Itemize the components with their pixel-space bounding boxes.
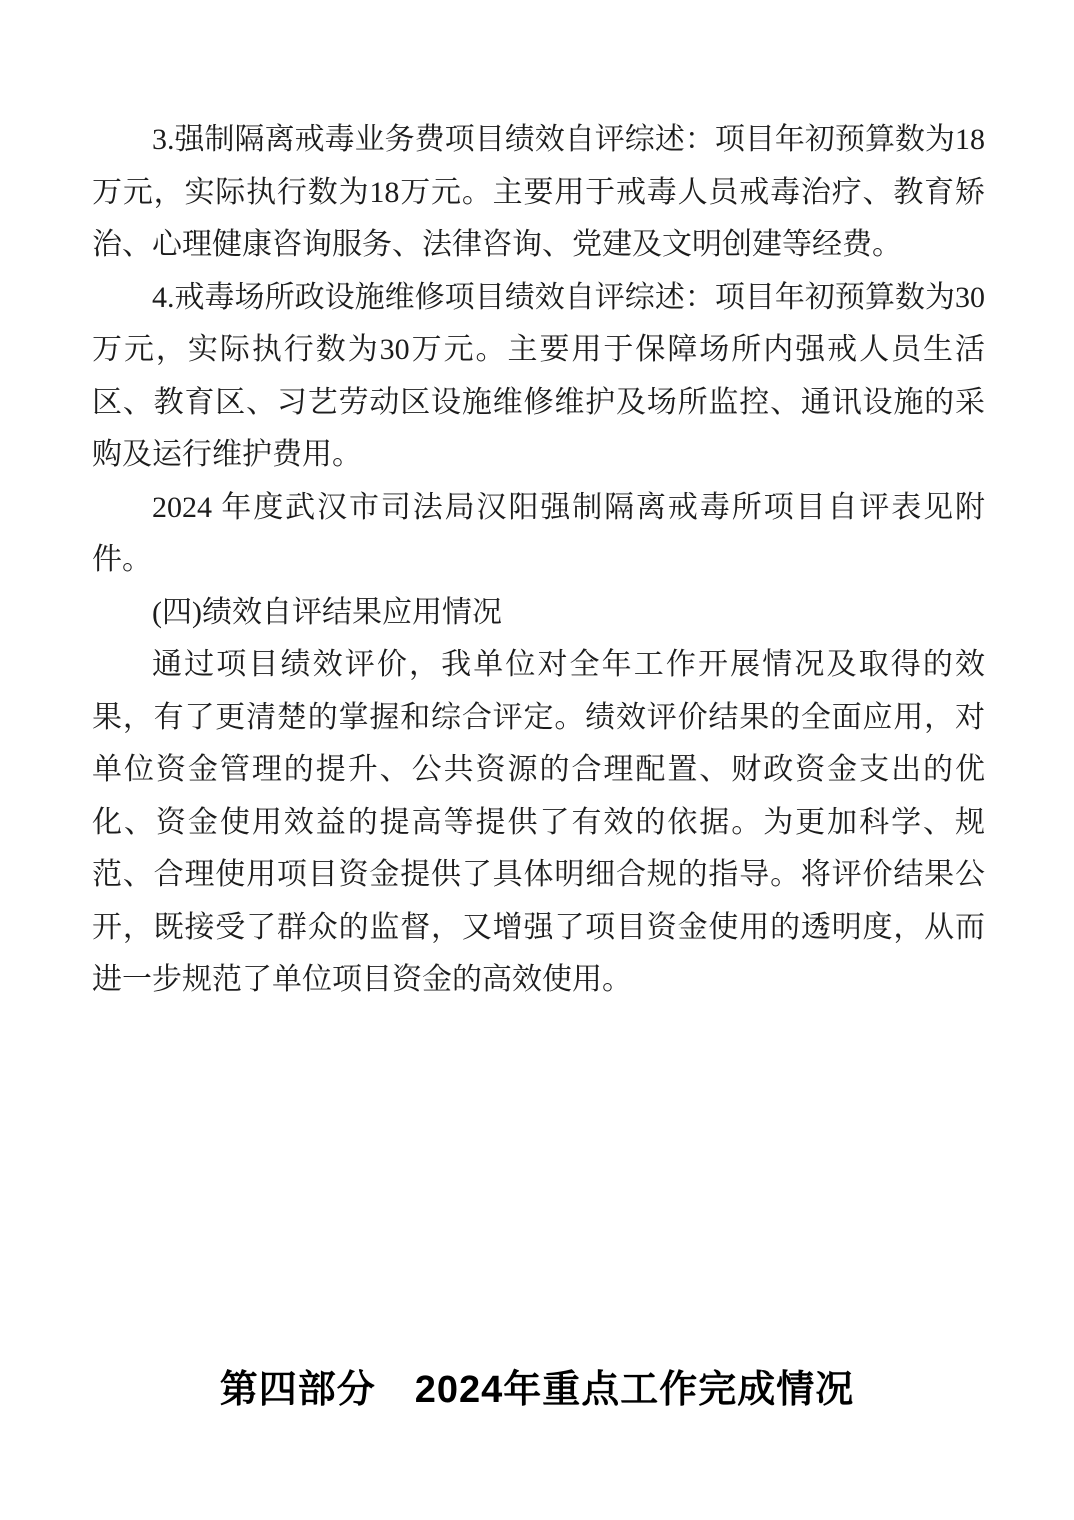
paragraph-self-evaluation-attachment: 2024 年度武汉市司法局汉阳强制隔离戒毒所项目自评表见附件。 — [92, 482, 985, 587]
document-page: 3.强制隔离戒毒业务费项目绩效自评综述：项目年初预算数为18万元，实际执行数为1… — [0, 0, 1074, 1520]
paragraph-result-application-detail: 通过项目绩效评价，我单位对全年工作开展情况及取得的效果，有了更清楚的掌握和综合评… — [92, 639, 985, 1007]
section-heading-part-four: 第四部分 2024年重点工作完成情况 — [0, 1368, 1074, 1412]
subsection-heading-result-application: (四)绩效自评结果应用情况 — [92, 587, 985, 640]
paragraph-item-3-drug-rehab-business-fee: 3.强制隔离戒毒业务费项目绩效自评综述：项目年初预算数为18万元，实际执行数为1… — [92, 114, 985, 272]
paragraph-item-4-facility-maintenance: 4.戒毒场所政设施维修项目绩效自评综述：项目年初预算数为30万元，实际执行数为3… — [92, 272, 985, 482]
